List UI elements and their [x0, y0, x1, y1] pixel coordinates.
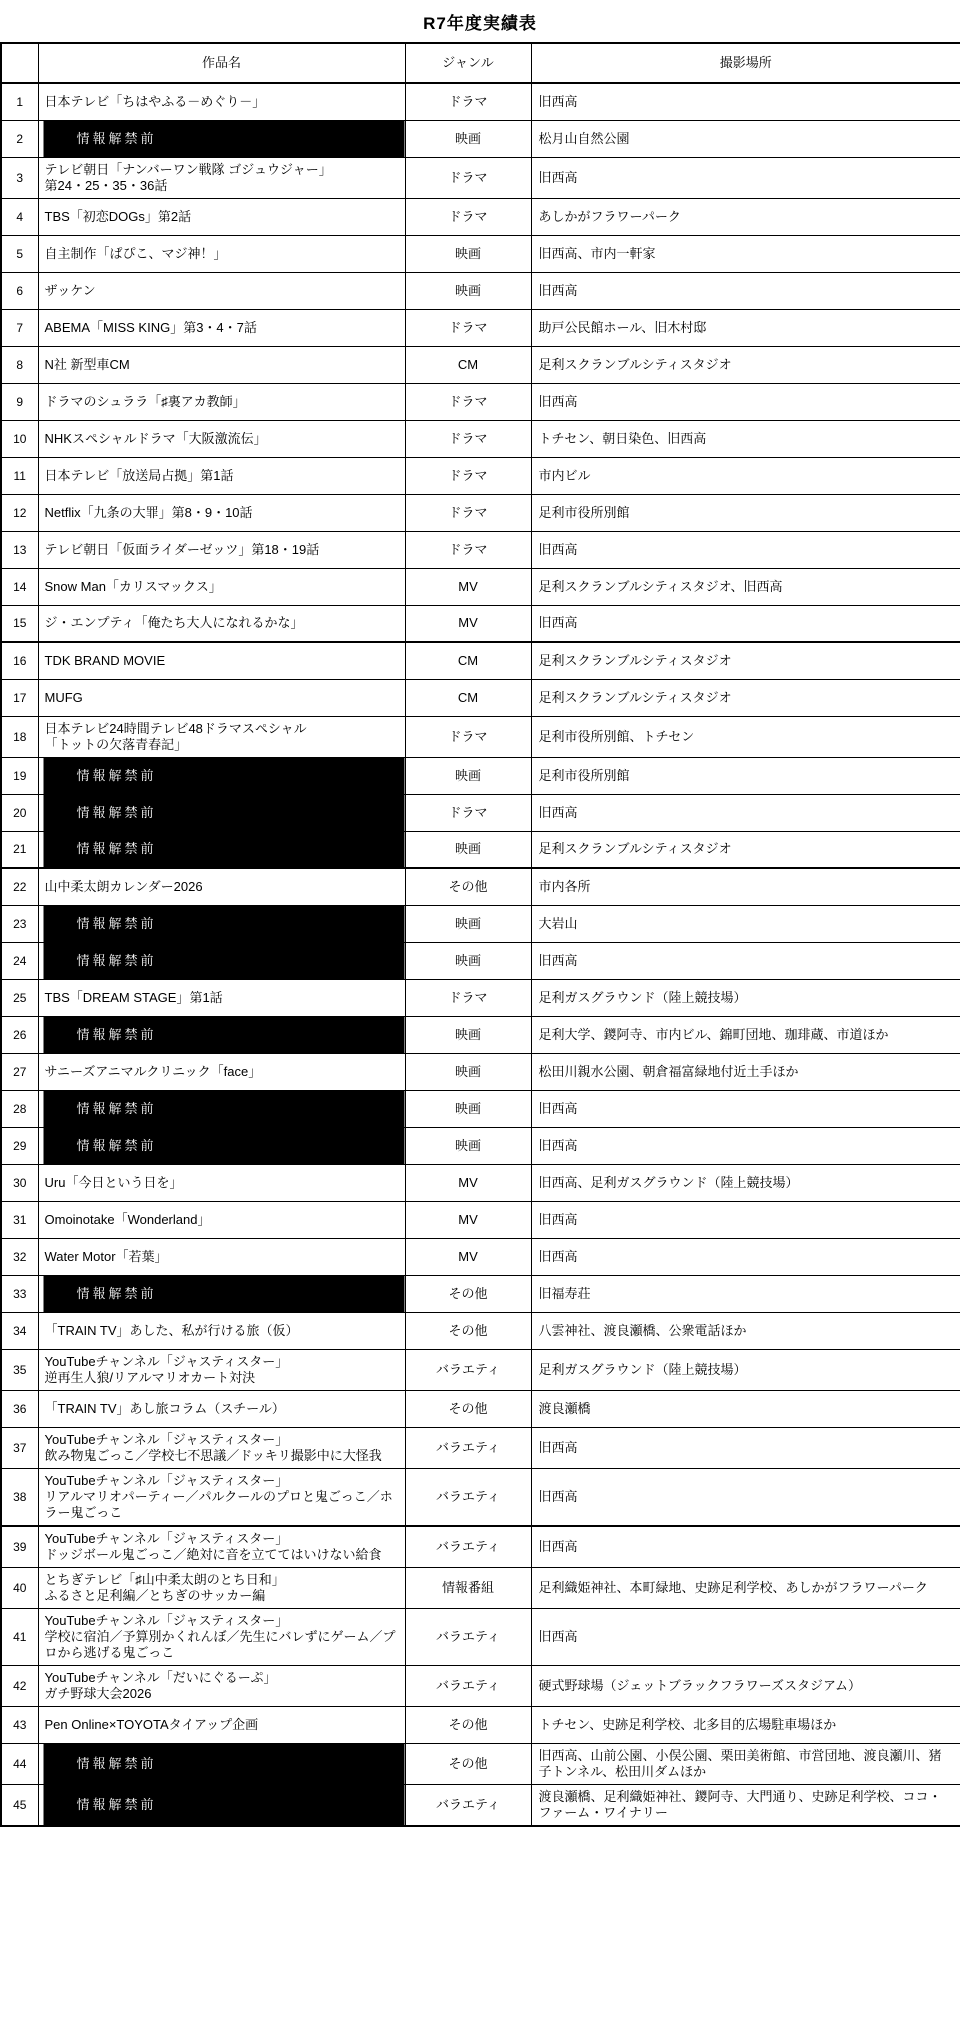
location-cell: 足利大学、鑁阿寺、市内ビル、錦町団地、珈琲蔵、市道ほか	[531, 1016, 960, 1053]
table-row: 23情報解禁前映画大岩山	[1, 905, 960, 942]
table-row: 33情報解禁前その他旧福寿荘	[1, 1275, 960, 1312]
table-row: 20情報解禁前ドラマ旧西高	[1, 794, 960, 831]
genre-cell: 映画	[405, 905, 531, 942]
table-row: 11日本テレビ「放送局占拠」第1話ドラマ市内ビル	[1, 457, 960, 494]
row-number: 39	[1, 1526, 38, 1568]
work-title-cell: テレビ朝日「ナンバーワン戦隊 ゴジュウジャー」 第24・25・35・36話	[38, 157, 405, 198]
location-cell: 渡良瀬橋	[531, 1390, 960, 1427]
work-title-cell: TDK BRAND MOVIE	[38, 642, 405, 679]
location-cell: 足利市役所別館	[531, 757, 960, 794]
table-row: 3テレビ朝日「ナンバーワン戦隊 ゴジュウジャー」 第24・25・35・36話ドラ…	[1, 157, 960, 198]
work-title-cell: YouTubeチャンネル「ジャスティスター」 学校に宿泊／予算別かくれんぼ／先生…	[38, 1608, 405, 1665]
table-row: 7ABEMA「MISS KING」第3・4・7話ドラマ助戸公民館ホール、旧木村邸	[1, 309, 960, 346]
location-cell: 旧西高	[531, 794, 960, 831]
location-cell: 足利市役所別館	[531, 494, 960, 531]
genre-cell: ドラマ	[405, 716, 531, 757]
work-title-cell-redacted: 情報解禁前	[38, 794, 405, 831]
table-row: 14Snow Man「カリスマックス」MV足利スクランブルシティスタジオ、旧西高	[1, 568, 960, 605]
row-number: 42	[1, 1665, 38, 1706]
genre-cell: CM	[405, 346, 531, 383]
row-number: 29	[1, 1127, 38, 1164]
table-row: 32Water Motor「若葉」MV旧西高	[1, 1238, 960, 1275]
location-cell: 市内ビル	[531, 457, 960, 494]
location-cell: 旧西高、足利ガスグラウンド（陸上競技場）	[531, 1164, 960, 1201]
genre-cell: 映画	[405, 757, 531, 794]
work-title-cell: Snow Man「カリスマックス」	[38, 568, 405, 605]
work-title-cell-redacted: 情報解禁前	[38, 905, 405, 942]
row-number: 31	[1, 1201, 38, 1238]
genre-cell: ドラマ	[405, 979, 531, 1016]
genre-cell: その他	[405, 1312, 531, 1349]
row-number: 28	[1, 1090, 38, 1127]
table-row: 40とちぎテレビ「♯山中柔太朗のとち日和」 ふるさと足利編／とちぎのサッカー編情…	[1, 1567, 960, 1608]
location-cell: 渡良瀬橋、足利織姫神社、鑁阿寺、大門通り、史跡足利学校、ココ・ファーム・ワイナリ…	[531, 1784, 960, 1826]
location-cell: 松田川親水公園、朝倉福富緑地付近土手ほか	[531, 1053, 960, 1090]
work-title-cell-redacted: 情報解禁前	[38, 1127, 405, 1164]
work-title-cell: ジ・エンプティ「俺たち大人になれるかな」	[38, 605, 405, 642]
work-title-cell: MUFG	[38, 679, 405, 716]
row-number: 36	[1, 1390, 38, 1427]
genre-cell: MV	[405, 1238, 531, 1275]
row-number: 20	[1, 794, 38, 831]
genre-cell: その他	[405, 868, 531, 905]
location-cell: 旧西高	[531, 1090, 960, 1127]
table-row: 26情報解禁前映画足利大学、鑁阿寺、市内ビル、錦町団地、珈琲蔵、市道ほか	[1, 1016, 960, 1053]
location-cell: 旧西高	[531, 1127, 960, 1164]
genre-cell: 情報番組	[405, 1567, 531, 1608]
location-cell: 助戸公民館ホール、旧木村邸	[531, 309, 960, 346]
row-number: 7	[1, 309, 38, 346]
work-title-cell: ザッケン	[38, 272, 405, 309]
location-cell: 旧福寿荘	[531, 1275, 960, 1312]
table-row: 35YouTubeチャンネル「ジャスティスター」 逆再生人狼/リアルマリオカート…	[1, 1349, 960, 1390]
genre-cell: 映画	[405, 1053, 531, 1090]
genre-cell: その他	[405, 1706, 531, 1743]
results-table: 作品名 ジャンル 撮影場所 1日本テレビ「ちはやふる－めぐり－」ドラマ旧西高2情…	[0, 42, 960, 1827]
genre-cell: MV	[405, 605, 531, 642]
table-row: 39YouTubeチャンネル「ジャスティスター」 ドッジボール鬼ごっこ／絶対に音…	[1, 1526, 960, 1568]
work-title-cell: TBS「初恋DOGs」第2話	[38, 198, 405, 235]
table-row: 44情報解禁前その他旧西高、山前公園、小俣公園、栗田美術館、市営団地、渡良瀬川、…	[1, 1743, 960, 1784]
location-cell: 足利スクランブルシティスタジオ	[531, 679, 960, 716]
location-cell: 硬式野球場（ジェットブラックフラワーズスタジアム）	[531, 1665, 960, 1706]
genre-cell: その他	[405, 1275, 531, 1312]
table-row: 13テレビ朝日「仮面ライダーゼッツ」第18・19話ドラマ旧西高	[1, 531, 960, 568]
genre-cell: 映画	[405, 1090, 531, 1127]
work-title-cell: YouTubeチャンネル「ジャスティスター」 飲み物鬼ごっこ／学校七不思議／ドッ…	[38, 1427, 405, 1468]
table-row: 16TDK BRAND MOVIECM足利スクランブルシティスタジオ	[1, 642, 960, 679]
row-number: 17	[1, 679, 38, 716]
row-number: 38	[1, 1468, 38, 1526]
location-cell: 八雲神社、渡良瀬橋、公衆電話ほか	[531, 1312, 960, 1349]
genre-cell: ドラマ	[405, 457, 531, 494]
row-number: 18	[1, 716, 38, 757]
table-row: 2情報解禁前映画松月山自然公園	[1, 120, 960, 157]
location-cell: 旧西高	[531, 1238, 960, 1275]
location-cell: 足利市役所別館、トチセン	[531, 716, 960, 757]
work-title-cell: YouTubeチャンネル「ジャスティスター」 ドッジボール鬼ごっこ／絶対に音を立…	[38, 1526, 405, 1568]
work-title-cell: NHKスペシャルドラマ「大阪激流伝」	[38, 420, 405, 457]
row-number: 19	[1, 757, 38, 794]
location-cell: 足利ガスグラウンド（陸上競技場）	[531, 1349, 960, 1390]
table-row: 22山中柔太朗カレンダー2026その他市内各所	[1, 868, 960, 905]
location-cell: 大岩山	[531, 905, 960, 942]
genre-cell: ドラマ	[405, 157, 531, 198]
row-number: 3	[1, 157, 38, 198]
genre-cell: その他	[405, 1390, 531, 1427]
row-number: 10	[1, 420, 38, 457]
table-row: 37YouTubeチャンネル「ジャスティスター」 飲み物鬼ごっこ／学校七不思議／…	[1, 1427, 960, 1468]
work-title-cell: 日本テレビ24時間テレビ48ドラマスペシャル 「トットの欠落青春記」	[38, 716, 405, 757]
row-number: 16	[1, 642, 38, 679]
location-cell: 足利スクランブルシティスタジオ	[531, 346, 960, 383]
location-cell: 市内各所	[531, 868, 960, 905]
location-cell: 旧西高	[531, 1427, 960, 1468]
table-row: 41YouTubeチャンネル「ジャスティスター」 学校に宿泊／予算別かくれんぼ／…	[1, 1608, 960, 1665]
genre-cell: ドラマ	[405, 531, 531, 568]
table-row: 43Pen Online×TOYOTAタイアップ企画その他トチセン、史跡足利学校…	[1, 1706, 960, 1743]
location-cell: トチセン、朝日染色、旧西高	[531, 420, 960, 457]
work-title-cell: 山中柔太朗カレンダー2026	[38, 868, 405, 905]
work-title-cell: YouTubeチャンネル「ジャスティスター」 逆再生人狼/リアルマリオカート対決	[38, 1349, 405, 1390]
work-title-cell: Omoinotake「Wonderland」	[38, 1201, 405, 1238]
col-header-genre: ジャンル	[405, 43, 531, 83]
row-number: 34	[1, 1312, 38, 1349]
col-header-title: 作品名	[38, 43, 405, 83]
work-title-cell-redacted: 情報解禁前	[38, 831, 405, 868]
row-number: 40	[1, 1567, 38, 1608]
table-header: 作品名 ジャンル 撮影場所	[1, 43, 960, 83]
table-row: 6ザッケン映画旧西高	[1, 272, 960, 309]
location-cell: 旧西高	[531, 1608, 960, 1665]
work-title-cell: Uru「今日という日を」	[38, 1164, 405, 1201]
row-number: 9	[1, 383, 38, 420]
table-row: 18日本テレビ24時間テレビ48ドラマスペシャル 「トットの欠落青春記」ドラマ足…	[1, 716, 960, 757]
col-header-number	[1, 43, 38, 83]
genre-cell: バラエティ	[405, 1784, 531, 1826]
work-title-cell: テレビ朝日「仮面ライダーゼッツ」第18・19話	[38, 531, 405, 568]
col-header-location: 撮影場所	[531, 43, 960, 83]
work-title-cell-redacted: 情報解禁前	[38, 1784, 405, 1826]
table-row: 8N社 新型車CMCM足利スクランブルシティスタジオ	[1, 346, 960, 383]
work-title-cell: ABEMA「MISS KING」第3・4・7話	[38, 309, 405, 346]
genre-cell: 映画	[405, 831, 531, 868]
row-number: 15	[1, 605, 38, 642]
work-title-cell: 自主制作「ぱぴこ、マジ神！」	[38, 235, 405, 272]
table-row: 1日本テレビ「ちはやふる－めぐり－」ドラマ旧西高	[1, 83, 960, 120]
genre-cell: バラエティ	[405, 1526, 531, 1568]
table-row: 38YouTubeチャンネル「ジャスティスター」 リアルマリオパーティー／パルク…	[1, 1468, 960, 1526]
genre-cell: ドラマ	[405, 309, 531, 346]
table-row: 4TBS「初恋DOGs」第2話ドラマあしかがフラワーパーク	[1, 198, 960, 235]
location-cell: 旧西高、山前公園、小俣公園、栗田美術館、市営団地、渡良瀬川、猪子トンネル、松田川…	[531, 1743, 960, 1784]
genre-cell: 映画	[405, 1127, 531, 1164]
row-number: 37	[1, 1427, 38, 1468]
genre-cell: バラエティ	[405, 1427, 531, 1468]
row-number: 5	[1, 235, 38, 272]
row-number: 13	[1, 531, 38, 568]
work-title-cell-redacted: 情報解禁前	[38, 1743, 405, 1784]
location-cell: 足利ガスグラウンド（陸上競技場）	[531, 979, 960, 1016]
work-title-cell: YouTubeチャンネル「ジャスティスター」 リアルマリオパーティー／パルクール…	[38, 1468, 405, 1526]
location-cell: 足利織姫神社、本町緑地、史跡足利学校、あしかがフラワーパーク	[531, 1567, 960, 1608]
table-row: 5自主制作「ぱぴこ、マジ神！」映画旧西高、市内一軒家	[1, 235, 960, 272]
location-cell: 旧西高	[531, 942, 960, 979]
work-title-cell: 「TRAIN TV」あし旅コラム（スチール）	[38, 1390, 405, 1427]
row-number: 30	[1, 1164, 38, 1201]
location-cell: トチセン、史跡足利学校、北多目的広場駐車場ほか	[531, 1706, 960, 1743]
work-title-cell: 「TRAIN TV」あした、私が行ける旅（仮）	[38, 1312, 405, 1349]
genre-cell: MV	[405, 568, 531, 605]
location-cell: 旧西高	[531, 605, 960, 642]
work-title-cell: とちぎテレビ「♯山中柔太朗のとち日和」 ふるさと足利編／とちぎのサッカー編	[38, 1567, 405, 1608]
work-title-cell: TBS「DREAM STAGE」第1話	[38, 979, 405, 1016]
location-cell: 旧西高	[531, 272, 960, 309]
location-cell: 旧西高	[531, 1526, 960, 1568]
genre-cell: CM	[405, 642, 531, 679]
genre-cell: ドラマ	[405, 420, 531, 457]
row-number: 23	[1, 905, 38, 942]
genre-cell: その他	[405, 1743, 531, 1784]
work-title-cell-redacted: 情報解禁前	[38, 1016, 405, 1053]
document-page: R7年度実績表 作品名 ジャンル 撮影場所 1日本テレビ「ちはやふる－めぐり－」…	[0, 9, 960, 1827]
work-title-cell-redacted: 情報解禁前	[38, 942, 405, 979]
row-number: 6	[1, 272, 38, 309]
table-row: 9ドラマのシュララ「♯裏アカ教師」ドラマ旧西高	[1, 383, 960, 420]
row-number: 1	[1, 83, 38, 120]
location-cell: 旧西高、市内一軒家	[531, 235, 960, 272]
genre-cell: MV	[405, 1201, 531, 1238]
page-title: R7年度実績表	[0, 9, 960, 34]
work-title-cell: 日本テレビ「放送局占拠」第1話	[38, 457, 405, 494]
work-title-cell-redacted: 情報解禁前	[38, 1275, 405, 1312]
row-number: 14	[1, 568, 38, 605]
location-cell: 旧西高	[531, 1468, 960, 1526]
row-number: 2	[1, 120, 38, 157]
genre-cell: ドラマ	[405, 494, 531, 531]
location-cell: 足利スクランブルシティスタジオ	[531, 642, 960, 679]
genre-cell: バラエティ	[405, 1349, 531, 1390]
table-row: 17MUFGCM足利スクランブルシティスタジオ	[1, 679, 960, 716]
row-number: 11	[1, 457, 38, 494]
table-row: 19情報解禁前映画足利市役所別館	[1, 757, 960, 794]
table-row: 42YouTubeチャンネル「だいにぐるーぷ」 ガチ野球大会2026バラエティ硬…	[1, 1665, 960, 1706]
genre-cell: 映画	[405, 942, 531, 979]
work-title-cell: サニーズアニマルクリニック「face」	[38, 1053, 405, 1090]
table-row: 36「TRAIN TV」あし旅コラム（スチール）その他渡良瀬橋	[1, 1390, 960, 1427]
table-row: 28情報解禁前映画旧西高	[1, 1090, 960, 1127]
table-row: 21情報解禁前映画足利スクランブルシティスタジオ	[1, 831, 960, 868]
genre-cell: CM	[405, 679, 531, 716]
table-body: 1日本テレビ「ちはやふる－めぐり－」ドラマ旧西高2情報解禁前映画松月山自然公園3…	[1, 83, 960, 1826]
row-number: 43	[1, 1706, 38, 1743]
table-row: 34「TRAIN TV」あした、私が行ける旅（仮）その他八雲神社、渡良瀬橋、公衆…	[1, 1312, 960, 1349]
work-title-cell: YouTubeチャンネル「だいにぐるーぷ」 ガチ野球大会2026	[38, 1665, 405, 1706]
row-number: 21	[1, 831, 38, 868]
row-number: 27	[1, 1053, 38, 1090]
work-title-cell: ドラマのシュララ「♯裏アカ教師」	[38, 383, 405, 420]
location-cell: 松月山自然公園	[531, 120, 960, 157]
row-number: 26	[1, 1016, 38, 1053]
location-cell: 旧西高	[531, 1201, 960, 1238]
row-number: 8	[1, 346, 38, 383]
location-cell: 旧西高	[531, 157, 960, 198]
row-number: 45	[1, 1784, 38, 1826]
location-cell: 旧西高	[531, 83, 960, 120]
table-row: 10NHKスペシャルドラマ「大阪激流伝」ドラマトチセン、朝日染色、旧西高	[1, 420, 960, 457]
genre-cell: ドラマ	[405, 383, 531, 420]
genre-cell: ドラマ	[405, 794, 531, 831]
table-row: 45情報解禁前バラエティ渡良瀬橋、足利織姫神社、鑁阿寺、大門通り、史跡足利学校、…	[1, 1784, 960, 1826]
work-title-cell: Pen Online×TOYOTAタイアップ企画	[38, 1706, 405, 1743]
location-cell: 足利スクランブルシティスタジオ、旧西高	[531, 568, 960, 605]
location-cell: 足利スクランブルシティスタジオ	[531, 831, 960, 868]
table-row: 24情報解禁前映画旧西高	[1, 942, 960, 979]
genre-cell: MV	[405, 1164, 531, 1201]
row-number: 32	[1, 1238, 38, 1275]
table-row: 12Netflix「九条の大罪」第8・9・10話ドラマ足利市役所別館	[1, 494, 960, 531]
row-number: 12	[1, 494, 38, 531]
location-cell: あしかがフラワーパーク	[531, 198, 960, 235]
genre-cell: 映画	[405, 120, 531, 157]
row-number: 41	[1, 1608, 38, 1665]
location-cell: 旧西高	[531, 383, 960, 420]
table-row: 27サニーズアニマルクリニック「face」映画松田川親水公園、朝倉福富緑地付近土…	[1, 1053, 960, 1090]
table-row: 31Omoinotake「Wonderland」MV旧西高	[1, 1201, 960, 1238]
work-title-cell-redacted: 情報解禁前	[38, 120, 405, 157]
work-title-cell-redacted: 情報解禁前	[38, 1090, 405, 1127]
row-number: 24	[1, 942, 38, 979]
row-number: 33	[1, 1275, 38, 1312]
row-number: 22	[1, 868, 38, 905]
genre-cell: バラエティ	[405, 1468, 531, 1526]
work-title-cell: 日本テレビ「ちはやふる－めぐり－」	[38, 83, 405, 120]
work-title-cell: Netflix「九条の大罪」第8・9・10話	[38, 494, 405, 531]
location-cell: 旧西高	[531, 531, 960, 568]
genre-cell: 映画	[405, 1016, 531, 1053]
table-row: 30Uru「今日という日を」MV旧西高、足利ガスグラウンド（陸上競技場）	[1, 1164, 960, 1201]
genre-cell: バラエティ	[405, 1608, 531, 1665]
work-title-cell: Water Motor「若葉」	[38, 1238, 405, 1275]
genre-cell: ドラマ	[405, 198, 531, 235]
genre-cell: 映画	[405, 235, 531, 272]
header-row: 作品名 ジャンル 撮影場所	[1, 43, 960, 83]
table-row: 25TBS「DREAM STAGE」第1話ドラマ足利ガスグラウンド（陸上競技場）	[1, 979, 960, 1016]
row-number: 4	[1, 198, 38, 235]
work-title-cell: N社 新型車CM	[38, 346, 405, 383]
table-row: 15ジ・エンプティ「俺たち大人になれるかな」MV旧西高	[1, 605, 960, 642]
row-number: 44	[1, 1743, 38, 1784]
genre-cell: バラエティ	[405, 1665, 531, 1706]
row-number: 25	[1, 979, 38, 1016]
genre-cell: 映画	[405, 272, 531, 309]
row-number: 35	[1, 1349, 38, 1390]
table-row: 29情報解禁前映画旧西高	[1, 1127, 960, 1164]
genre-cell: ドラマ	[405, 83, 531, 120]
work-title-cell-redacted: 情報解禁前	[38, 757, 405, 794]
